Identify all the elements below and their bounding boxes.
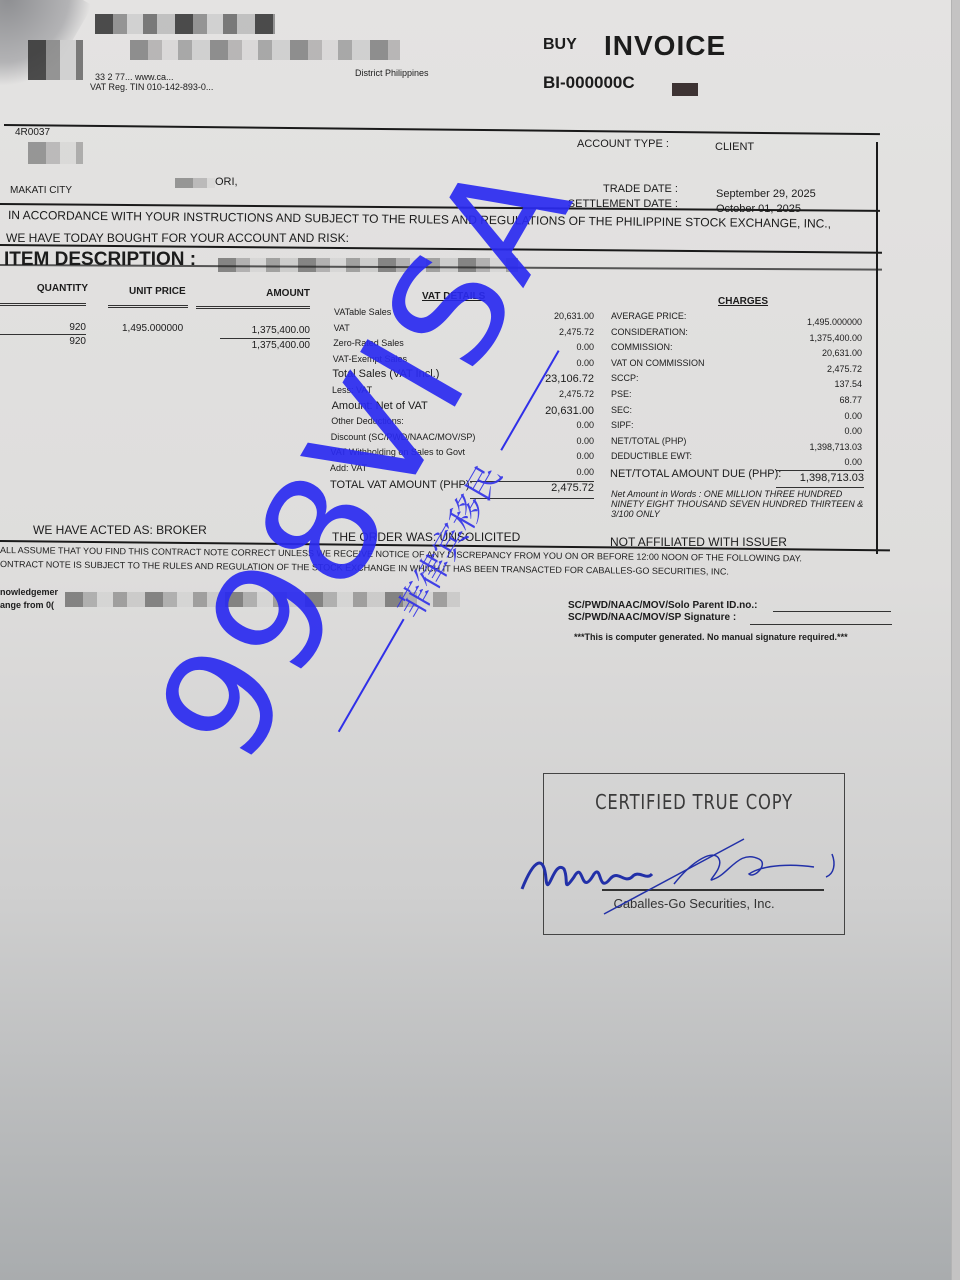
charge-row-label: PSE: <box>611 389 632 399</box>
charges-total-value: 1,398,713.03 <box>764 472 864 484</box>
charge-row-value: 2,475.72 <box>762 364 862 374</box>
vat-row-value: 0.00 <box>494 451 594 461</box>
redacted-invoice-suffix <box>672 83 698 96</box>
vat-row-label: VAT Withholding on Sales to Govt <box>330 447 465 457</box>
vat-total-double-rule <box>470 496 594 499</box>
vat-row-value: 0.00 <box>494 467 594 477</box>
col-unit-price: UNIT PRICE <box>129 286 186 297</box>
charge-row-label: NET/TOTAL (PHP) <box>611 436 686 446</box>
charges-total-rule <box>776 470 864 471</box>
trade-date-value: September 29, 2025 <box>716 188 816 200</box>
charge-row-value: 0.00 <box>762 411 862 421</box>
trade-date-label: TRADE DATE : <box>540 183 678 195</box>
vat-row-value: 23,106.72 <box>494 373 594 385</box>
vat-row-value: 0.00 <box>494 358 594 368</box>
amount-in-words-3: 3/100 ONLY <box>611 509 660 519</box>
vat-row-value: 0.00 <box>494 342 594 352</box>
vat-row-label: Amount: Net of VAT <box>332 400 428 412</box>
acknowledgement-1: nowledgemer <box>0 587 58 597</box>
account-type-value: CLIENT <box>715 141 754 153</box>
col-amount: AMOUNT <box>230 288 310 299</box>
vat-row-label: VAT-Exempt Sales <box>333 354 407 364</box>
row-amount: 1,375,400.00 <box>210 325 310 336</box>
acknowledgement-2: ange from 0( <box>0 600 54 610</box>
vat-row-value: 20,631.00 <box>494 405 594 417</box>
box-right-border <box>876 142 878 554</box>
vat-total-value: 2,475.72 <box>494 482 594 494</box>
redacted-logo <box>28 40 83 80</box>
paper-edge <box>951 0 960 1280</box>
subtotal-rule <box>0 334 86 335</box>
charges-title: CHARGES <box>718 296 768 307</box>
order-was: THE ORDER WAS: UNSOLICITED <box>332 530 520 544</box>
amount-in-words-1: Net Amount in Words : ONE MILLION THREE … <box>611 489 842 499</box>
charge-row-value: 0.00 <box>762 457 862 467</box>
subtotal-rule <box>220 338 310 339</box>
vat-row-value: 2,475.72 <box>494 389 594 399</box>
redacted-company-name <box>95 14 275 34</box>
invoice-number: BI-000000C <box>543 73 635 93</box>
stamp-title: CERTIFIED TRUE COPY <box>571 790 817 814</box>
vat-row-label: VAT <box>334 323 350 333</box>
column-rule <box>108 305 188 311</box>
vat-row-value: 0.00 <box>494 420 594 430</box>
redacted-address <box>130 40 400 60</box>
charges-total-double-rule <box>776 485 864 488</box>
doc-title: INVOICE <box>604 30 726 62</box>
redacted-address <box>175 178 215 188</box>
vat-row-label: Add: VAT <box>330 463 367 473</box>
charge-row-value: 1,375,400.00 <box>762 333 862 343</box>
charge-row-label: SEC: <box>611 405 632 415</box>
account-type-label: ACCOUNT TYPE : <box>577 138 669 150</box>
charge-row-value: 68.77 <box>762 395 862 405</box>
vat-row-label: Total Sales (VAT Incl.) <box>332 368 439 380</box>
vat-row-label: Less: VAT <box>332 385 372 395</box>
charge-row-label: CONSIDERATION: <box>611 327 688 337</box>
charge-row-value: 20,631.00 <box>762 348 862 358</box>
sc-signature-label: SC/PWD/NAAC/MOV/SP Signature : <box>568 612 736 623</box>
item-description-label: ITEM DESCRIPTION : <box>4 249 196 271</box>
sc-signature-field[interactable] <box>750 624 892 625</box>
charge-row-label: SCCP: <box>611 373 639 383</box>
certified-true-copy-stamp: CERTIFIED TRUE COPY Caballes-Go Securiti… <box>543 773 845 935</box>
vat-row-label: VATable Sales <box>334 307 391 317</box>
charge-row-value: 137.54 <box>762 379 862 389</box>
client-city: MAKATI CITY <box>10 185 72 196</box>
sc-id-label: SC/PWD/NAAC/MOV/Solo Parent ID.no.: <box>568 600 757 611</box>
acted-as: WE HAVE ACTED AS: BROKER <box>33 523 207 537</box>
vat-total-label: TOTAL VAT AMOUNT (PHP): <box>330 479 473 491</box>
charge-row-value: 1,398,713.03 <box>762 442 862 452</box>
vat-row-value: 2,475.72 <box>494 327 594 337</box>
amount-in-words-2: NINETY EIGHT THOUSAND SEVEN HUNDRED THIR… <box>611 499 863 509</box>
redacted-client-name <box>28 142 83 164</box>
company-contact: 33 2 77... www.ca... <box>95 72 174 82</box>
charge-row-value: 0.00 <box>762 426 862 436</box>
row-unit-price: 1,495.000000 <box>122 323 183 334</box>
row-quantity: 920 <box>20 322 86 333</box>
vat-row-label: Zero-Rated Sales <box>333 338 404 348</box>
company-address-tail: District Philippines <box>355 68 429 78</box>
column-rule <box>196 306 310 312</box>
vat-row-value: 0.00 <box>494 436 594 446</box>
charge-row-label: DEDUCTIBLE EWT: <box>611 451 692 461</box>
doc-kind: BUY <box>543 36 577 54</box>
vat-row-label: Discount (SC/PWD/NAAC/MOV/SP) <box>331 432 476 442</box>
vat-details-title: VAT DETAILS <box>422 291 485 302</box>
signature-icon <box>514 819 844 929</box>
vat-row-value: 20,631.00 <box>494 311 594 321</box>
sc-id-field[interactable] <box>773 611 891 612</box>
charge-row-label: VAT ON COMMISSION <box>611 358 705 368</box>
total-quantity: 920 <box>20 336 86 347</box>
column-rule <box>0 303 86 309</box>
charge-row-label: COMMISSION: <box>611 342 673 352</box>
computer-generated-note: ***This is computer generated. No manual… <box>574 632 848 642</box>
client-address: ORI, <box>215 176 238 188</box>
vat-reg-tin: VAT Reg. TIN 010-142-893-0... <box>90 82 213 92</box>
col-quantity: QUANTITY <box>20 283 88 294</box>
redacted-acknowledgement <box>65 592 460 607</box>
charges-total-label: NET/TOTAL AMOUNT DUE (PHP): <box>610 468 781 480</box>
charge-row-label: AVERAGE PRICE: <box>611 311 686 321</box>
instructions-line-2: WE HAVE TODAY BOUGHT FOR YOUR ACCOUNT AN… <box>6 231 349 245</box>
vat-row-label: Other Deductions: <box>331 416 404 426</box>
charge-row-value: 1,495.000000 <box>762 317 862 327</box>
account-code: 4R0037 <box>15 127 50 138</box>
charge-row-label: SIPF: <box>611 420 634 430</box>
total-amount: 1,375,400.00 <box>210 340 310 351</box>
